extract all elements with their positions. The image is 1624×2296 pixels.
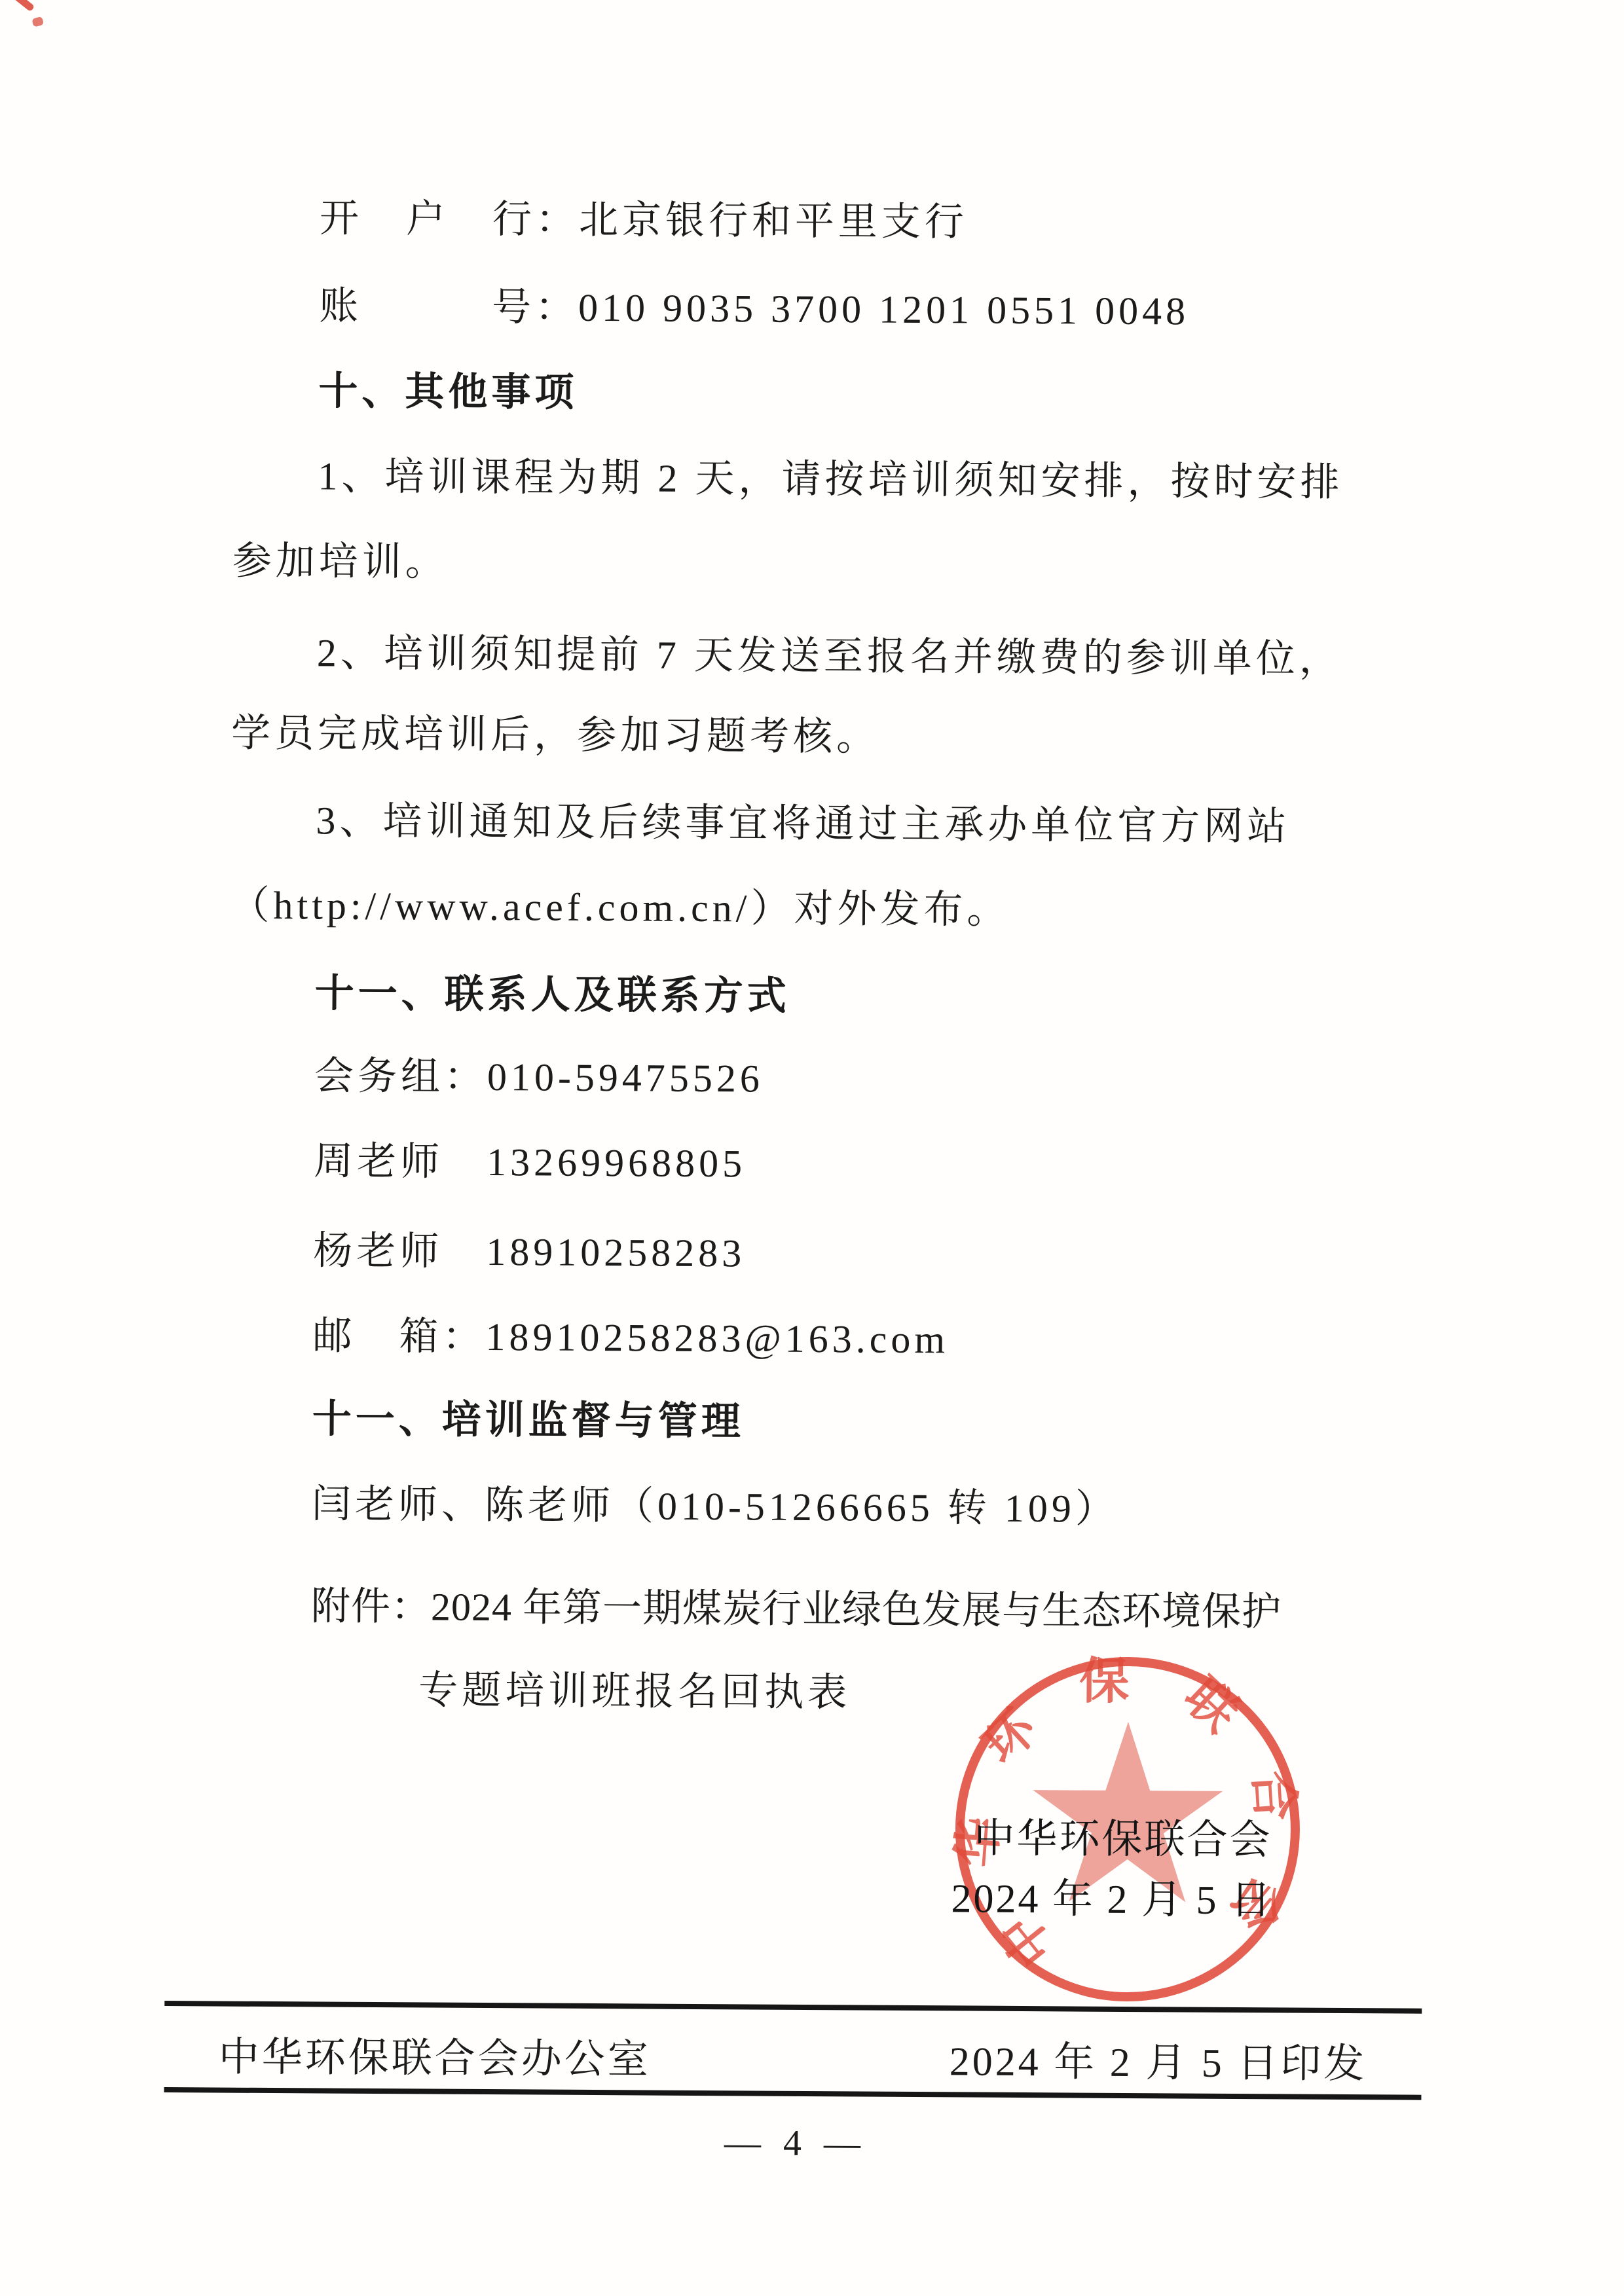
red-ink-speck	[31, 16, 44, 27]
item-3-line-1: 3、培训通知及后续事宜将通过主承办单位官方网站	[316, 789, 1290, 851]
supervision-contacts: 闫老师、陈老师（010-51266665 转 109）	[312, 1472, 1118, 1534]
red-ink-speck	[11, 0, 35, 12]
footer-issue-date: 2024 年 2 月 5 日印发	[950, 2028, 1367, 2089]
bank-line: 开 户 行：北京银行和平里支行	[320, 187, 969, 247]
contact-yang: 杨老师 18910258283	[313, 1219, 746, 1278]
item-3-line-2-url: （http://www.acef.com.cn/）对外发布。	[230, 874, 1010, 935]
item-2-line-2: 学员完成培训后，参加习题考核。	[231, 702, 880, 762]
document-page: 开 户 行：北京银行和平里支行 账 号：010 9035 3700 1201 0…	[0, 0, 1624, 2296]
page-number: — 4 —	[724, 2122, 867, 2164]
signature-org: 中华环保联合会	[974, 1806, 1272, 1866]
signature-date: 2024 年 2 月 5 日	[951, 1865, 1273, 1925]
contact-office-group: 会务组：010-59475526	[314, 1044, 764, 1103]
scan-tilt-wrapper: 开 户 行：北京银行和平里支行 账 号：010 9035 3700 1201 0…	[0, 0, 1624, 2296]
heading-other-matters: 十、其他事项	[318, 359, 578, 417]
contact-zhou: 周老师 13269968805	[314, 1129, 747, 1188]
account-line: 账 号：010 9035 3700 1201 0551 0048	[319, 274, 1190, 336]
contact-email: 邮 箱：18910258283@163.com	[312, 1304, 949, 1364]
item-1-line-1: 1、培训课程为期 2 天，请按培训须知安排，按时安排	[318, 445, 1343, 507]
attachment-line-1: 附件：2024 年第一期煤炭行业绿色发展与生态环境保护	[311, 1575, 1282, 1637]
heading-contacts: 十一、联系人及联系方式	[314, 962, 790, 1021]
attachment-line-2: 专题培训班报名回执表	[418, 1658, 851, 1717]
footer-rule-bottom	[164, 2087, 1421, 2100]
heading-supervision: 十一、培训监督与管理	[312, 1387, 745, 1446]
footer-office-name: 中华环保联合会办公室	[219, 2024, 652, 2085]
item-2-line-1: 2、培训须知提前 7 天发送至报名并缴费的参训单位，	[317, 621, 1342, 684]
item-1-line-2: 参加培训。	[232, 530, 449, 587]
